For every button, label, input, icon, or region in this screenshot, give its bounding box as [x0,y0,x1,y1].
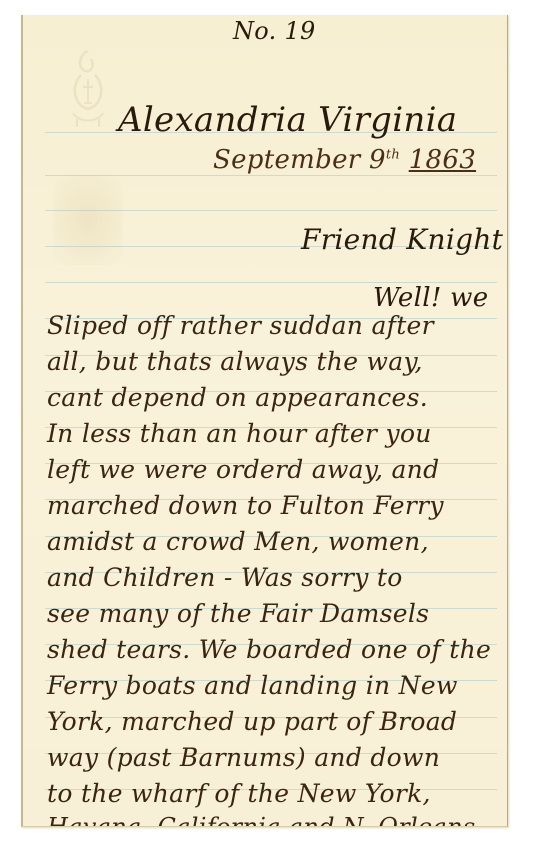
date-month-day: September 9 [213,145,386,175]
body-line: amidst a crowd Men, women, [47,527,429,556]
letter-place: Alexandria Virginia [118,100,457,140]
body-line: way (past Barnums) and down [47,743,440,772]
date-suffix: th [386,147,400,162]
body-line: Havana, California and N. Orleans [47,813,476,827]
letter-date: September 9th 1863 [213,145,476,175]
body-line: to the wharf of the New York, [47,779,431,808]
body-line: left we were orderd away, and [47,455,439,484]
ruled-line [45,175,497,176]
body-line: see many of the Fair Damsels [47,599,429,628]
paper-stain [53,175,123,265]
body-line: all, but thats always the way, [47,347,423,376]
embossed-seal-icon [61,45,116,130]
letter-salutation: Friend Knight [301,223,503,256]
date-year: 1863 [409,145,476,175]
body-line: Sliped off rather suddan after [47,311,434,340]
body-line: cant depend on appearances. [47,383,428,412]
body-line: shed tears. We boarded one of the [47,635,491,664]
letter-number: No. 19 [233,17,316,45]
body-line: and Children - Was sorry to [47,563,403,592]
body-line: Ferry boats and landing in New [47,671,458,700]
letter-opening: Well! we [373,283,488,313]
body-line: York, marched up part of Broad [47,707,457,736]
letter-page: No. 19 Alexandria Virginia September 9th… [21,15,508,827]
ruled-line [45,210,497,211]
body-line: In less than an hour after you [47,419,432,448]
body-line: marched down to Fulton Ferry [47,491,444,520]
